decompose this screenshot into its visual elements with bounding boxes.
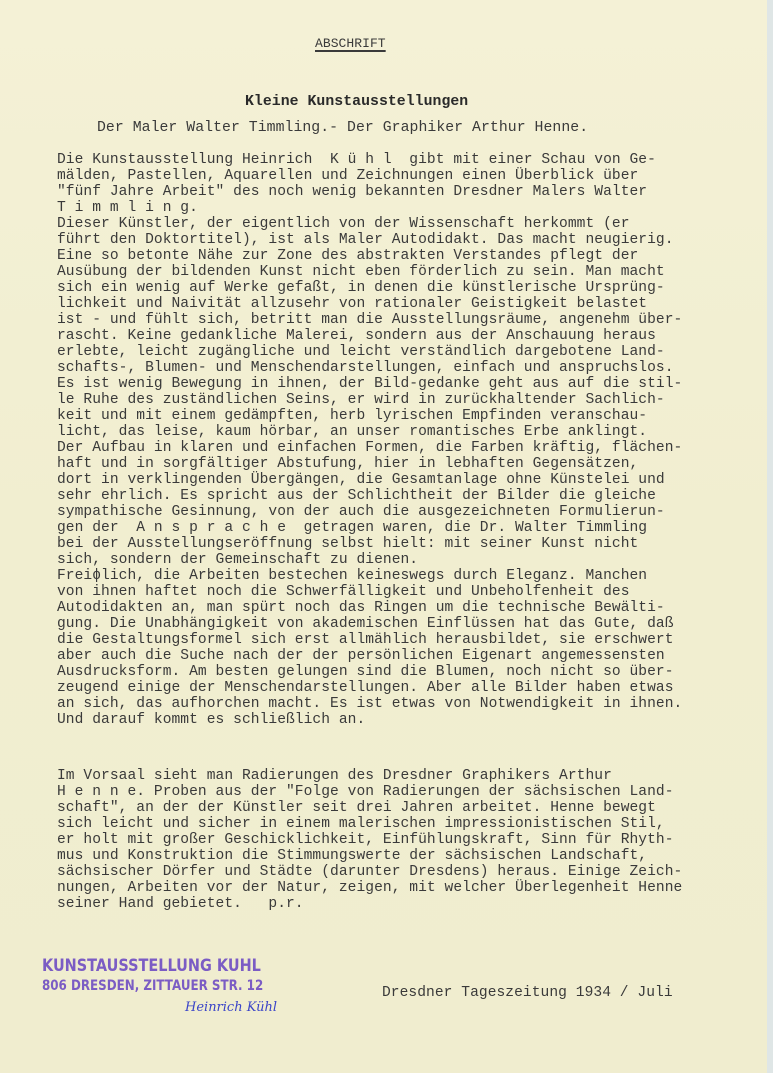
text-line: Ausdrucksform. Am besten gelungen sind d… xyxy=(57,664,674,680)
text-line: rascht. Keine gedankliche Malerei, sonde… xyxy=(57,328,656,344)
source-citation: Dresdner Tageszeitung 1934 / Juli xyxy=(382,985,673,1001)
text-line: Es ist wenig Bewegung in ihnen, der Bild… xyxy=(57,376,682,392)
text-line: "fünf Jahre Arbeit" des noch wenig bekan… xyxy=(57,184,647,200)
text-line: Ausübung der bildenden Kunst nicht eben … xyxy=(57,264,665,280)
text-line: die Gestaltungsformel sich erst allmähli… xyxy=(57,632,674,648)
scan-edge xyxy=(767,0,773,1073)
text-line: sich leicht und sicher in einem malerisc… xyxy=(57,816,665,832)
text-line: T i m m l i n g. xyxy=(57,200,198,216)
text-line: H e n n e. Proben aus der "Folge von Rad… xyxy=(57,784,674,800)
text-line: er holt mit großer Geschicklichkeit, Ein… xyxy=(57,832,674,848)
text-line: zeugend einige der Menschendarstellungen… xyxy=(57,680,674,696)
text-line: licht, das leise, kaum hörbar, an unser … xyxy=(57,424,647,440)
text-line: an sich, das aufhorchen macht. Es ist et… xyxy=(57,696,682,712)
text-line: führt den Doktortitel), ist als Maler Au… xyxy=(57,232,674,248)
text-line: schafts-, Blumen- und Menschendarstellun… xyxy=(57,360,674,376)
text-line: von ihnen haftet noch die Schwerfälligke… xyxy=(57,584,630,600)
text-line: erlebte, leicht zugängliche und leicht v… xyxy=(57,344,665,360)
text-line: aber auch die Suche nach der der persönl… xyxy=(57,648,665,664)
text-line: seiner Hand gebietet. p.r. xyxy=(57,896,304,912)
text-line: sich, sondern der Gemeinschaft zu dienen… xyxy=(57,552,418,568)
header-label: ABSCHRIFT xyxy=(315,36,386,52)
text-line: Die Kunstausstellung Heinrich K ü h l gi… xyxy=(57,152,656,168)
text-line: ist - und fühlt sich, betritt man die Au… xyxy=(57,312,682,328)
stamp-line-2: 806 DRESDEN, ZITTAUER STR. 12 xyxy=(42,978,263,994)
text-line: keit und mit einem gedämpften, herb lyri… xyxy=(57,408,647,424)
text-line: mus und Konstruktion die Stimmungswerte … xyxy=(57,848,647,864)
text-line: Freiϕlich, die Arbeiten bestechen keines… xyxy=(57,568,647,584)
text-line: Eine so betonte Nähe zur Zone des abstra… xyxy=(57,248,638,264)
stamp-line-1: KUNSTAUSSTELLUNG KUHL xyxy=(42,956,261,976)
text-line: sehr ehrlich. Es spricht aus der Schlich… xyxy=(57,488,656,504)
document-page: ABSCHRIFT Kleine Kunstausstellungen Der … xyxy=(0,0,767,1073)
text-line: gen der A n s p r a c h e getragen waren… xyxy=(57,520,647,536)
signature: Heinrich Kühl xyxy=(185,1000,277,1015)
document-title: Kleine Kunstausstellungen xyxy=(245,94,468,110)
text-line: bei der Ausstellungseröffnung selbst hie… xyxy=(57,536,638,552)
text-line: nungen, Arbeiten vor der Natur, zeigen, … xyxy=(57,880,682,896)
text-line: Der Aufbau in klaren und einfachen Forme… xyxy=(57,440,682,456)
text-line: gung. Die Unabhängigkeit von akademische… xyxy=(57,616,674,632)
text-line: sich ein wenig auf Werke gefaßt, in dene… xyxy=(57,280,665,296)
text-line: sympathische Gesinnung, von der auch die… xyxy=(57,504,665,520)
text-line: lichkeit und Naivität allzusehr von rati… xyxy=(57,296,647,312)
text-line: Im Vorsaal sieht man Radierungen des Dre… xyxy=(57,768,612,784)
text-line: haft und in sorgfältiger Abstufung, hier… xyxy=(57,456,638,472)
text-line: le Ruhe des zuständlichen Seins, er wird… xyxy=(57,392,665,408)
text-line: Dieser Künstler, der eigentlich von der … xyxy=(57,216,630,232)
text-line: Und darauf kommt es schließlich an. xyxy=(57,712,365,728)
text-line: sächsischer Dörfer und Städte (darunter … xyxy=(57,864,682,880)
document-subtitle: Der Maler Walter Timmling.- Der Graphike… xyxy=(97,120,588,136)
text-line: schaft", an der der Künstler seit drei J… xyxy=(57,800,656,816)
text-line: mälden, Pastellen, Aquarellen und Zeichn… xyxy=(57,168,638,184)
text-line: dort in verklingenden Übergängen, die Ge… xyxy=(57,472,665,488)
text-line: Autodidakten an, man spürt noch das Ring… xyxy=(57,600,665,616)
